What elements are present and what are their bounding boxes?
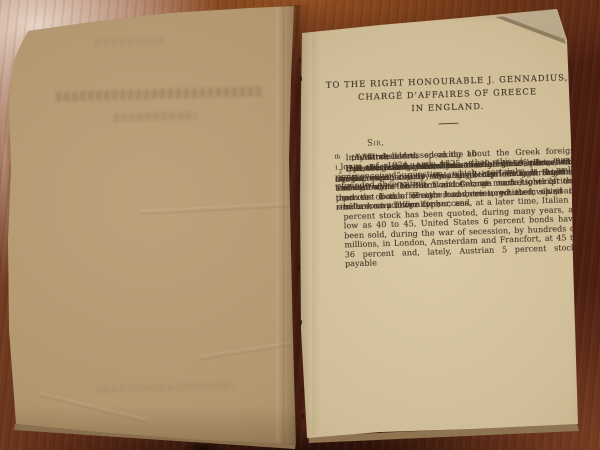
show-through-text: [56, 86, 262, 101]
page-crease: [39, 392, 147, 423]
binding-gutter-shadow: [281, 5, 313, 445]
show-through-text: [96, 382, 234, 393]
letter-text-block: TO THE RIGHT HONOURABLE J. GENNADIUS, CH…: [321, 71, 576, 177]
table-shadow-mark: [183, 442, 223, 450]
show-through-text: [114, 111, 196, 122]
stitch-thread: [298, 266, 300, 271]
divider-rule: [438, 123, 458, 125]
stitch-thread: [302, 414, 304, 419]
stitch-thread: [301, 388, 304, 393]
show-through-text: [95, 37, 167, 46]
page-crease: [140, 202, 298, 215]
stitch-thread: [300, 76, 302, 81]
letter-paragraphs: In a letter, addressed on the 10th of Ma…: [323, 146, 576, 177]
photo-open-pamphlet: TO THE RIGHT HONOURABLE J. GENNADIUS, CH…: [0, 0, 600, 450]
letter-heading: TO THE RIGHT HONOURABLE J. GENNADIUS, CH…: [321, 71, 574, 118]
